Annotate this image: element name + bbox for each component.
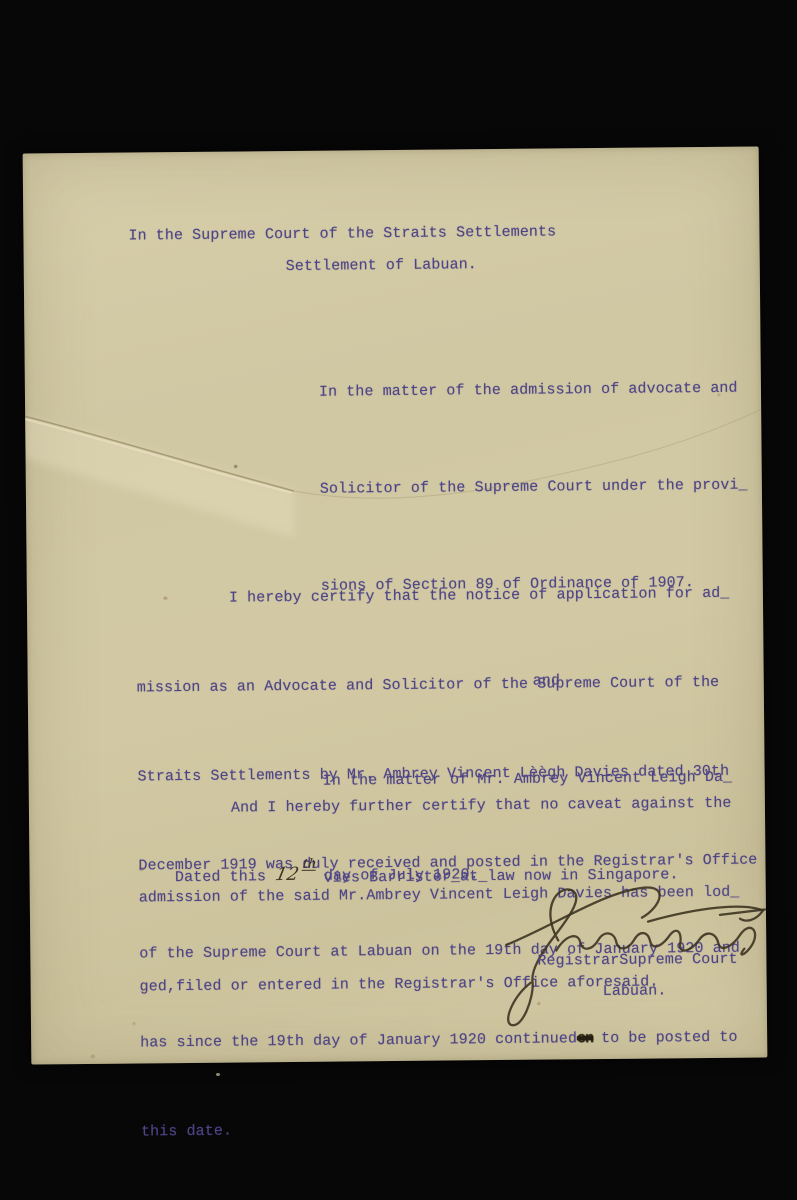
handwritten-ordinal: th — [301, 860, 317, 871]
foxing-spot — [90, 1054, 95, 1059]
signature-place: Labuan. — [603, 982, 667, 1000]
signature-role: RegistrarSupreme Court — [537, 951, 737, 970]
matter-line: Solicitor of the Supreme Court under the… — [320, 470, 748, 507]
handwritten-day: 12 — [274, 864, 301, 885]
heading-line-1: In the Supreme Court of the Straits Sett… — [128, 223, 556, 244]
document-paper: In the Supreme Court of the Straits Sett… — [23, 146, 768, 1064]
body-line: mission as an Advocate and Solicitor of … — [137, 668, 756, 704]
foxing-spot — [132, 1022, 136, 1026]
matter-line: In the matter of the admission of advoca… — [319, 372, 747, 409]
dust-speck — [216, 1073, 220, 1076]
dated-text: Dated this — [175, 868, 266, 886]
foxing-spot — [234, 465, 238, 469]
dated-text: day of July 1920. — [324, 866, 479, 884]
body-line: I hereby certify that the notice of appl… — [136, 579, 755, 615]
body-line: this date. — [141, 1111, 760, 1147]
body-line: And I hereby further certify that no cav… — [138, 789, 739, 824]
scan-background: { "colors": { "background": "#070707", "… — [0, 0, 797, 1200]
heading-line-2: Settlement of Labuan. — [286, 256, 477, 275]
dated-line: Dated this12thday of July 1920. — [138, 845, 479, 903]
